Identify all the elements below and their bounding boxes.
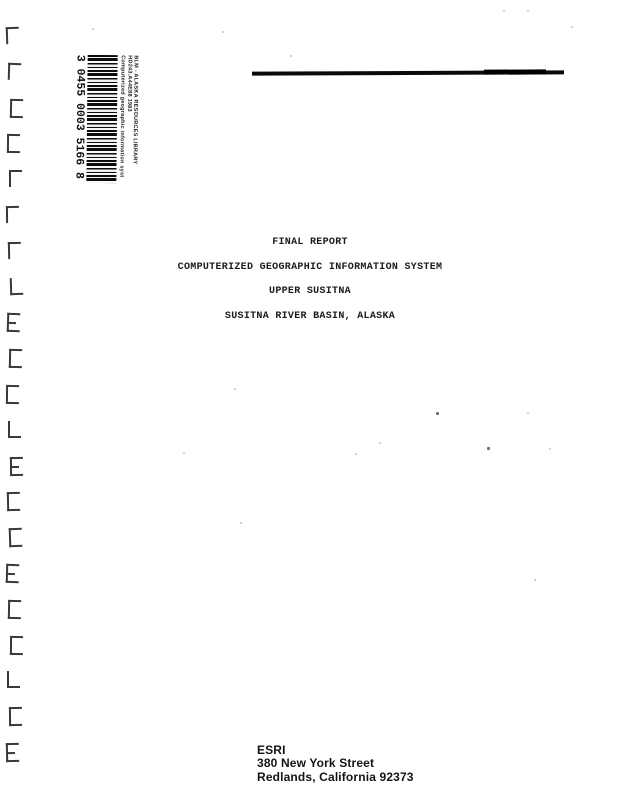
binding-mark	[9, 170, 22, 187]
scan-speck	[527, 412, 529, 414]
scan-speck	[240, 522, 242, 524]
scan-speck	[234, 388, 236, 390]
barcode-number: 3 0455 0003 5166 8	[72, 55, 86, 185]
scan-speck	[503, 10, 505, 12]
binding-mark	[7, 671, 20, 688]
report-title-line-4: SUSITNA RIVER BASIN, ALASKA	[100, 305, 520, 330]
report-title-line-3: UPPER SUSITNA	[100, 280, 520, 305]
catalog-title-text: Computerized geographic information syst	[118, 55, 126, 185]
library-barcode-stamp-rotated: BLM - ALASKA RESOURCES LIBRARY HD243.A44…	[67, 55, 138, 186]
scan-speck	[290, 55, 292, 57]
horizontal-rule	[252, 70, 564, 75]
binding-mark	[8, 421, 21, 438]
binding-mark	[9, 528, 23, 547]
binding-mark	[10, 98, 23, 117]
scan-speck	[534, 579, 536, 581]
binding-mark	[6, 27, 20, 44]
binding-mark	[7, 313, 21, 332]
scan-speck	[183, 452, 185, 454]
binding-mark	[7, 134, 20, 153]
scan-speck	[436, 412, 439, 415]
scan-speck	[527, 10, 529, 12]
binding-mark	[8, 242, 21, 259]
title-block: FINAL REPORT COMPUTERIZED GEOGRAPHIC INF…	[100, 231, 520, 329]
scan-speck	[92, 28, 94, 30]
scan-speck	[549, 448, 551, 450]
binding-mark	[6, 564, 20, 583]
publisher-address: ESRI 380 New York Street Redlands, Calif…	[257, 744, 414, 784]
binding-mark	[6, 385, 19, 404]
report-title-line-1: FINAL REPORT	[100, 231, 520, 256]
binding-mark	[10, 277, 24, 294]
binding-mark	[6, 206, 19, 223]
binding-mark	[9, 349, 22, 368]
binding-mark	[10, 457, 23, 476]
scan-speck	[355, 453, 357, 455]
scan-speck	[222, 31, 224, 33]
binding-mark	[6, 743, 19, 762]
binding-mark	[8, 600, 21, 619]
library-barcode-stamp: BLM - ALASKA RESOURCES LIBRARY HD243.A44…	[68, 55, 138, 185]
barcode-bars	[86, 55, 117, 183]
scan-speck	[571, 26, 573, 28]
binding-mark	[8, 63, 22, 80]
binding-mark	[10, 636, 23, 655]
binding-mark	[9, 707, 22, 726]
publisher-street: 380 New York Street	[257, 757, 414, 770]
binding-mark	[7, 492, 20, 511]
scan-speck	[379, 442, 381, 444]
scan-speck	[487, 447, 490, 450]
publisher-name: ESRI	[257, 744, 414, 757]
report-title-line-2: COMPUTERIZED GEOGRAPHIC INFORMATION SYST…	[100, 256, 520, 281]
scanned-page: BLM - ALASKA RESOURCES LIBRARY HD243.A44…	[0, 0, 617, 796]
publisher-city: Redlands, California 92373	[257, 771, 414, 784]
